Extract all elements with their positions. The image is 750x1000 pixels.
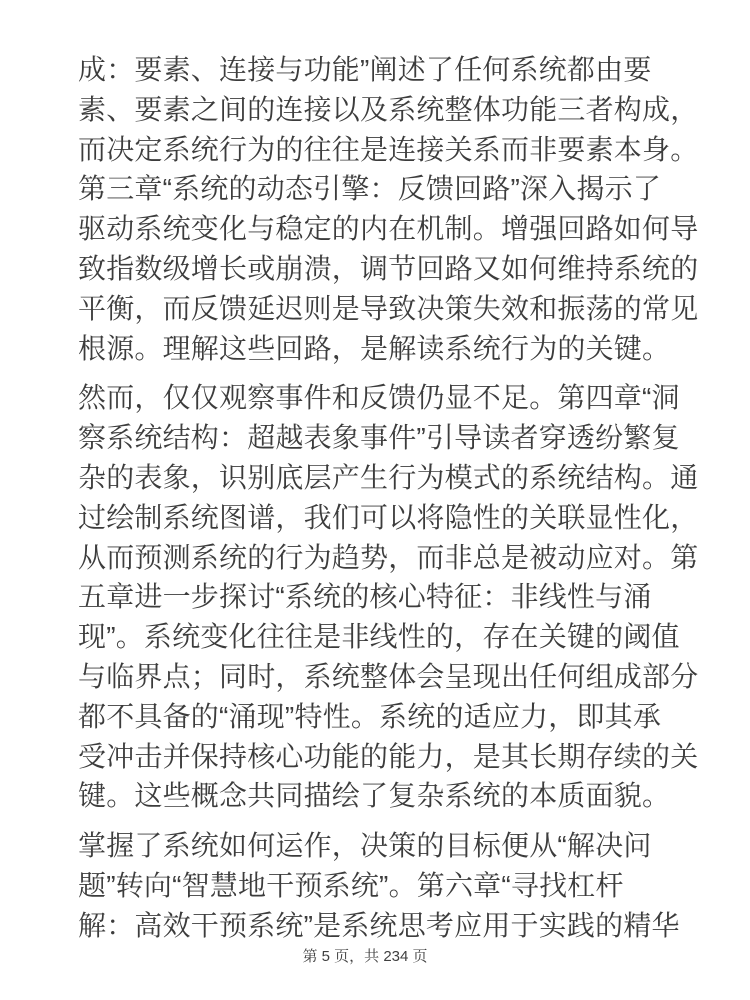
text-line: 与临界点；同时，系统整体会呈现出任何组成部分 <box>78 657 718 697</box>
text-line: 第三章“系统的动态引擎：反馈回路”深入揭示了 <box>78 169 718 209</box>
text-line: 过绘制系统图谱，我们可以将隐性的关联显性化， <box>78 498 718 538</box>
text-line: 杂的表象，识别底层产生行为模式的系统结构。通 <box>78 458 718 498</box>
text-line: 驱动系统变化与稳定的内在机制。增强回路如何导 <box>78 209 718 249</box>
text-line: 键。这些概念共同描绘了复杂系统的本质面貌。 <box>78 776 718 816</box>
text-line: 解：高效干预系统”是系统思考应用于实践的精华 <box>78 906 718 946</box>
text-line: 然而，仅仅观察事件和反馈仍显不足。第四章“洞 <box>78 378 718 418</box>
document-text: 成：要素、连接与功能”阐述了任何系统都由要素、要素之间的连接以及系统整体功能三者… <box>78 50 718 956</box>
text-line: 成：要素、连接与功能”阐述了任何系统都由要 <box>78 50 718 90</box>
paragraph: 掌握了系统如何运作，决策的目标便从“解决问题”转向“智慧地干预系统”。第六章“寻… <box>78 826 718 945</box>
text-line: 题”转向“智慧地干预系统”。第六章“寻找杠杆 <box>78 866 718 906</box>
text-line: 受冲击并保持核心功能的能力，是其长期存续的关 <box>78 737 718 777</box>
text-line: 素、要素之间的连接以及系统整体功能三者构成， <box>78 90 718 130</box>
text-line: 现”。系统变化往往是非线性的，存在关键的阈值 <box>78 617 718 657</box>
text-line: 察系统结构：超越表象事件”引导读者穿透纷繁复 <box>78 418 718 458</box>
text-line: 而决定系统行为的往往是连接关系而非要素本身。 <box>78 130 718 170</box>
paragraph: 成：要素、连接与功能”阐述了任何系统都由要素、要素之间的连接以及系统整体功能三者… <box>78 50 718 368</box>
document-page: 成：要素、连接与功能”阐述了任何系统都由要素、要素之间的连接以及系统整体功能三者… <box>0 0 750 1000</box>
page-number-indicator: 第 5 页，共 234 页 <box>0 947 730 967</box>
text-line: 从而预测系统的行为趋势，而非总是被动应对。第 <box>78 538 718 578</box>
text-line: 根源。理解这些回路，是解读系统行为的关键。 <box>78 329 718 369</box>
text-line: 五章进一步探讨“系统的核心特征：非线性与涌 <box>78 577 718 617</box>
text-line: 致指数级增长或崩溃，调节回路又如何维持系统的 <box>78 249 718 289</box>
text-line: 平衡，而反馈延迟则是导致决策失效和振荡的常见 <box>78 289 718 329</box>
text-line: 都不具备的“涌现”特性。系统的适应力，即其承 <box>78 697 718 737</box>
paragraph: 然而，仅仅观察事件和反馈仍显不足。第四章“洞察系统结构：超越表象事件”引导读者穿… <box>78 378 718 816</box>
text-line: 掌握了系统如何运作，决策的目标便从“解决问 <box>78 826 718 866</box>
